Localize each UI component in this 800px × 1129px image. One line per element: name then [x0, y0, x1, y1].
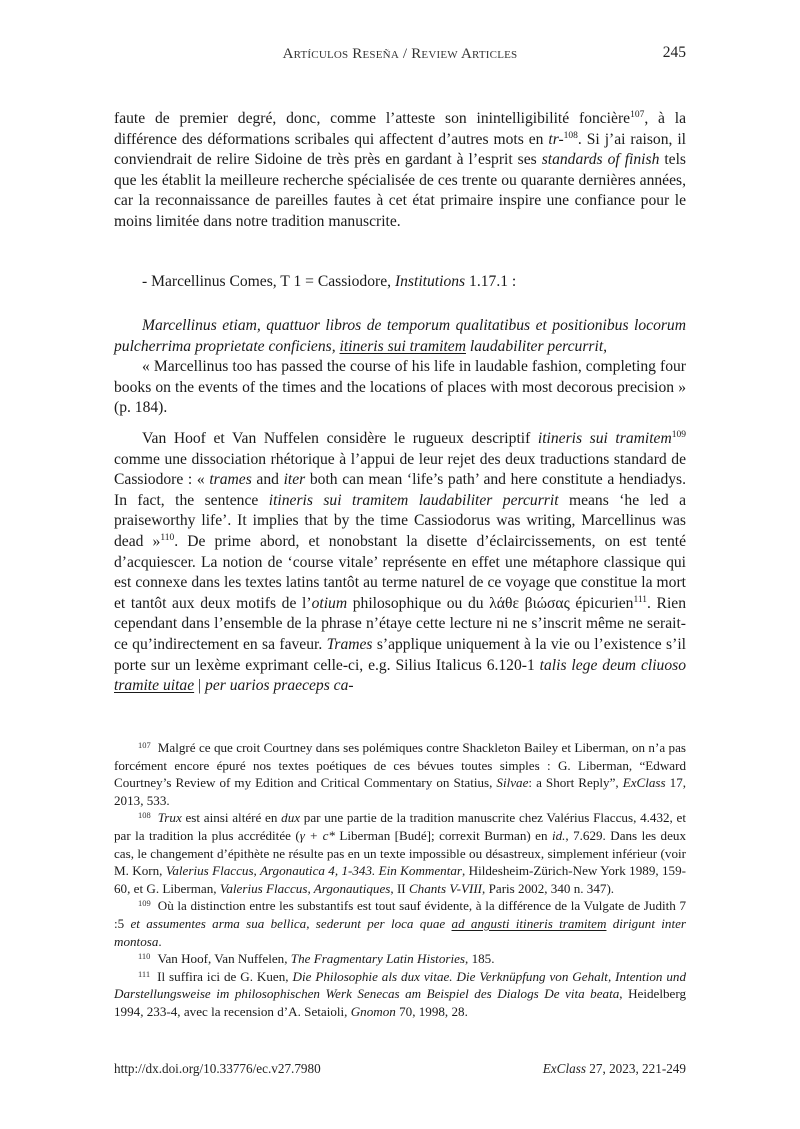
italic-run: iter [284, 471, 306, 488]
italic-run: per uarios praeceps ca- [205, 677, 354, 694]
footnote-number: 109 [138, 898, 151, 908]
work-title: Institutions [395, 273, 465, 290]
text-run: : a Short Reply”, [528, 775, 622, 790]
italic-run: Chants V-VIII [409, 881, 482, 896]
underlined-phrase: itineris sui tramitem [340, 338, 467, 355]
text-run: 70, 1998, 28. [396, 1004, 468, 1019]
journal-name: ExClass [543, 1061, 586, 1076]
footnote-111: 111Il suffira ici de G. Kuen, Die Philos… [114, 968, 686, 1021]
footnote-107: 107Malgré ce que croit Courtney dans ses… [114, 739, 686, 809]
italic-run: itineris sui tramitem [538, 430, 672, 447]
footnote-number: 111 [138, 969, 150, 979]
underlined-phrase: ad angusti itineris tramitem [452, 916, 607, 931]
italic-run: Valerius Flaccus, Argonautica 4, 1-343. … [166, 863, 462, 878]
journal-citation: ExClass 27, 2023, 221-249 [543, 1061, 686, 1077]
verse-divider: | [194, 677, 205, 694]
italic-run: Trux [158, 810, 182, 825]
text-run: est ainsi altéré en [182, 810, 281, 825]
italic-run: Trames [327, 636, 373, 653]
italic-run: standards of finish [542, 151, 660, 168]
italic-run: otium [312, 595, 348, 612]
italic-run: itineris sui tramitem laudabiliter percu… [269, 492, 559, 509]
text-run: 1.17.1 : [465, 273, 516, 290]
footnote-108: 108Trux est ainsi altéré en dux par une … [114, 809, 686, 897]
text-run: and [252, 471, 284, 488]
footnote-ref-108[interactable]: 108 [564, 131, 578, 141]
italic-run: Gnomon [351, 1004, 396, 1019]
footnote-number: 107 [138, 740, 151, 750]
text-run: philosophique ou du λάθε βιώσας épicurie… [347, 595, 633, 612]
running-title: Artículos Reseña / Review Articles [114, 46, 686, 63]
footnote-ref-109[interactable]: 109 [672, 430, 686, 440]
text-run: faute de premier degré, donc, comme l’at… [114, 110, 630, 127]
italic-run: talis lege deum cliuoso [540, 657, 686, 674]
footnote-109: 109Où la distinction entre les substanti… [114, 897, 686, 950]
source-item-heading: - Marcellinus Comes, T 1 = Cassiodore, I… [114, 272, 686, 293]
text-run: Il suffira ici de G. Kuen, [157, 969, 292, 984]
text-run: Liberman [Budé]; correxit Burman) en [335, 828, 552, 843]
italic-run: The Fragmentary Latin Histories [291, 951, 465, 966]
latin-text: laudabiliter percurrit, [466, 338, 607, 355]
footnote-number: 108 [138, 810, 151, 820]
text-run: . [158, 934, 161, 949]
translation: « Marcellinus too has passed the course … [114, 357, 686, 419]
italic-run: ExClass [623, 775, 666, 790]
citation-details: 27, 2023, 221-249 [586, 1061, 686, 1076]
footnote-ref-111[interactable]: 111 [633, 595, 647, 605]
italic-run: id. [552, 828, 565, 843]
italic-run: dux [281, 810, 300, 825]
italic-run: tr- [548, 131, 563, 148]
text-run: , Paris 2002, 340 n. 347). [482, 881, 614, 896]
doi-link[interactable]: http://dx.doi.org/10.33776/ec.v27.7980 [114, 1061, 321, 1077]
italic-run: trames [209, 471, 251, 488]
text-run: , 185. [465, 951, 494, 966]
footnote-number: 110 [138, 951, 150, 961]
italic-run: Silvae [496, 775, 528, 790]
footnote-ref-107[interactable]: 107 [630, 110, 644, 120]
footnote-110: 110Van Hoof, Van Nuffelen, The Fragmenta… [114, 950, 686, 968]
footnotes: 107Malgré ce que croit Courtney dans ses… [114, 739, 686, 1021]
page-number: 245 [663, 44, 686, 62]
italic-run: et assumentes arma sua bellica, sederunt… [130, 916, 451, 931]
text-run: Van Hoof, Van Nuffelen, [157, 951, 290, 966]
text-run: , II [390, 881, 409, 896]
text-run: Van Hoof et Van Nuffelen considère le ru… [142, 430, 538, 447]
italic-run: γ + c* [300, 828, 335, 843]
text-run: - Marcellinus Comes, T 1 = Cassiodore, [142, 273, 395, 290]
latin-quotation-block: Marcellinus etiam, quattuor libros de te… [114, 316, 686, 419]
body-paragraph-2: Van Hoof et Van Nuffelen considère le ru… [114, 429, 686, 697]
running-head: Artículos Reseña / Review Articles 245 [114, 44, 686, 68]
italic-run: Valerius Flaccus, Argonautiques [220, 881, 391, 896]
underlined-phrase: tramite uitae [114, 677, 194, 694]
footnote-ref-110[interactable]: 110 [160, 533, 174, 543]
body-paragraph-1: faute de premier degré, donc, comme l’at… [114, 109, 686, 233]
